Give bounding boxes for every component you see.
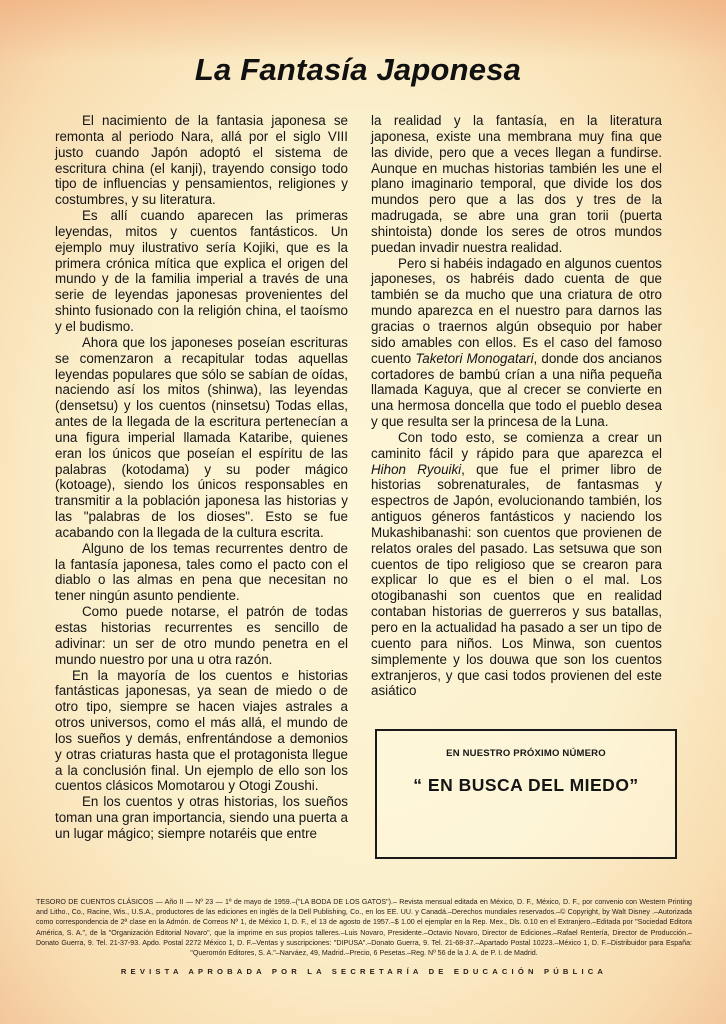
article-right-column: la realidad y la fantasía, en la literat… bbox=[371, 113, 662, 699]
article-paragraph: En la mayoría de los cuentos e historias… bbox=[55, 668, 348, 795]
article-paragraph: El nacimiento de la fantasia japonesa se… bbox=[55, 113, 348, 208]
article-paragraph: Pero si habéis indagado en algunos cuent… bbox=[371, 256, 662, 430]
publication-imprint: TESORO DE CUENTOS CLÁSICOS — Año II — Nº… bbox=[36, 897, 692, 958]
article-paragraph: Ahora que los japoneses poseían escritur… bbox=[55, 335, 348, 541]
next-issue-box: EN NUESTRO PRÓXIMO NÚMERO “ EN BUSCA DEL… bbox=[375, 729, 677, 859]
next-issue-label: EN NUESTRO PRÓXIMO NÚMERO bbox=[377, 748, 675, 759]
page-title: La Fantasía Japonesa bbox=[0, 52, 716, 88]
book-title: Taketori Monogatari bbox=[415, 351, 533, 366]
article-paragraph: En los cuentos y otras historias, los su… bbox=[55, 794, 348, 842]
next-issue-title: “ EN BUSCA DEL MIEDO” bbox=[377, 775, 675, 796]
book-title: Hihon Ryouiki bbox=[371, 462, 461, 477]
text-run: Pero si habéis indagado en algunos cuent… bbox=[371, 256, 662, 366]
paper-tint bbox=[0, 0, 726, 60]
article-left-column: El nacimiento de la fantasia japonesa se… bbox=[55, 113, 348, 842]
article-paragraph: Alguno de los temas recurrentes dentro d… bbox=[55, 541, 348, 604]
text-run: Con todo esto, se comienza a crear un ca… bbox=[371, 430, 662, 461]
article-paragraph: la realidad y la fantasía, en la literat… bbox=[371, 113, 662, 256]
article-paragraph: Es allí cuando aparecen las primeras ley… bbox=[55, 208, 348, 335]
article-paragraph: Con todo esto, se comienza a crear un ca… bbox=[371, 430, 662, 699]
approval-notice: REVISTA APROBADA POR LA SECRETARÍA DE ED… bbox=[36, 967, 692, 976]
article-paragraph: Como puede notarse, el patrón de todas e… bbox=[55, 604, 348, 667]
text-run: , que fue el primer libro de historias s… bbox=[371, 462, 662, 699]
